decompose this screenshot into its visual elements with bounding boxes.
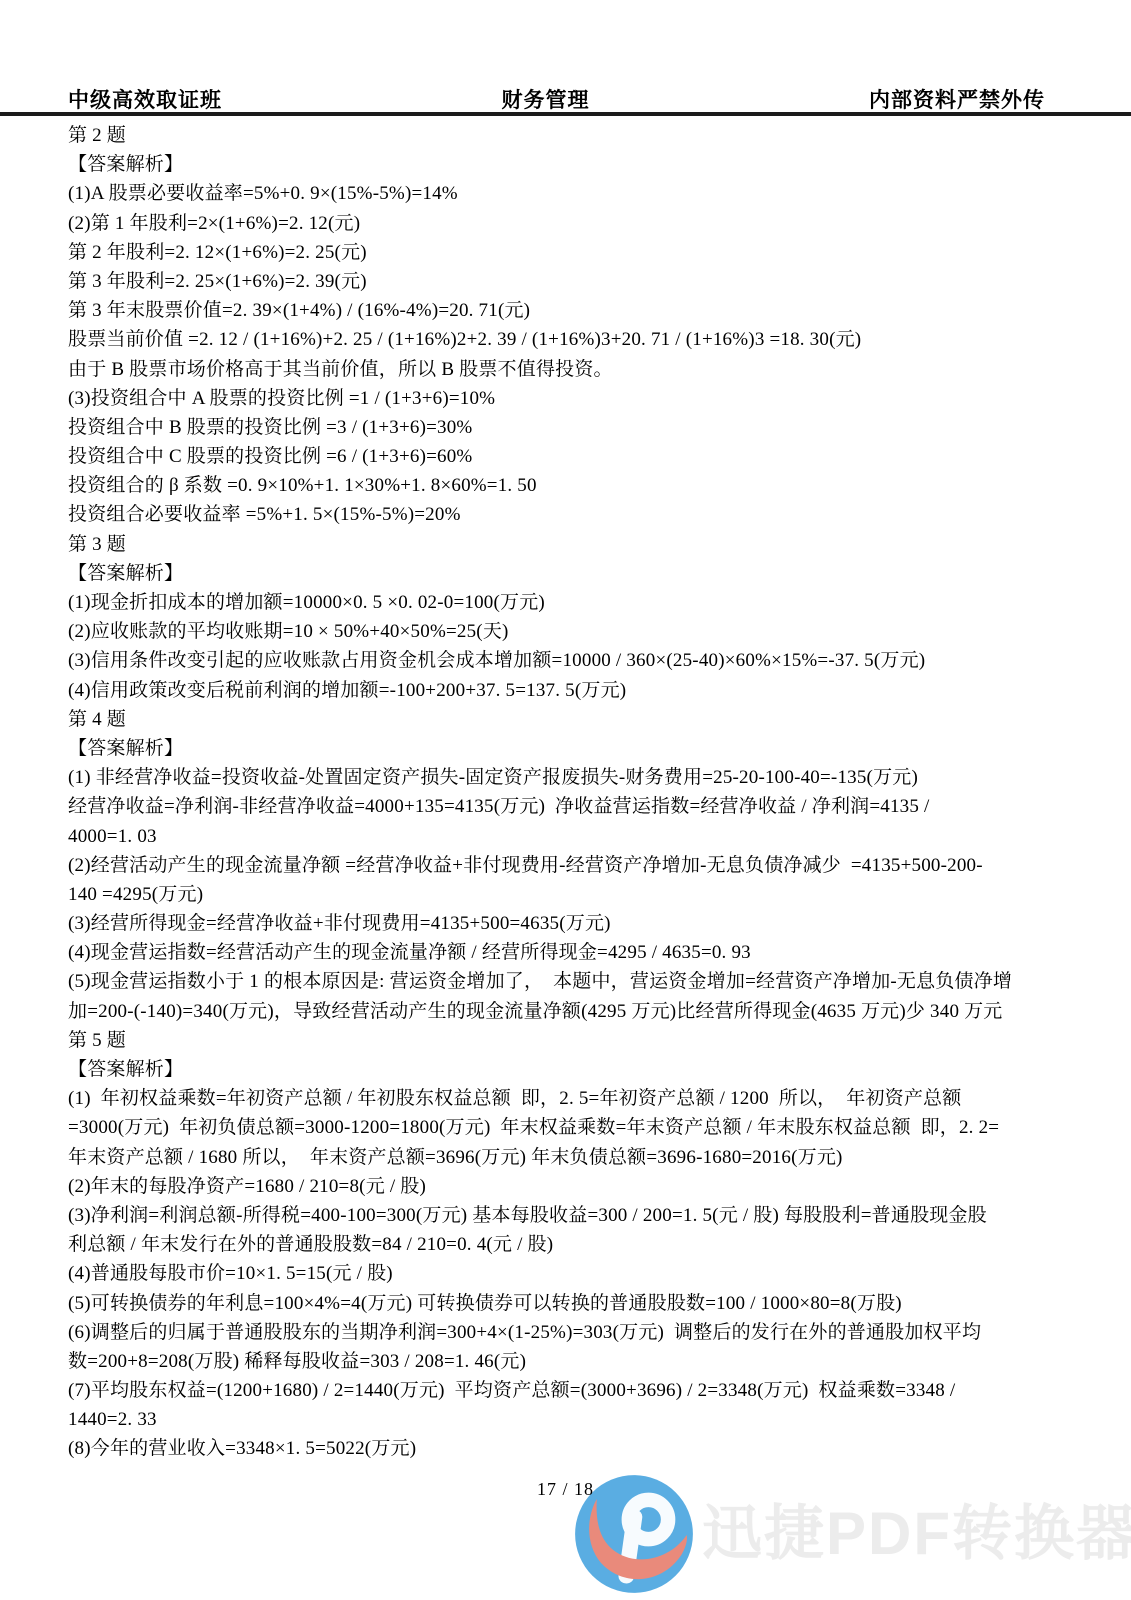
body-line: 投资组合中 C 股票的投资比例 =6 / (1+3+6)=60%: [68, 442, 1078, 471]
body-line: (1)现金折扣成本的增加额=10000×0. 5 ×0. 02-0=100(万元…: [68, 588, 1078, 617]
body-line: (6)调整后的归属于普通股股东的当期净利润=300+4×(1-25%)=303(…: [68, 1318, 1078, 1347]
body-line: 第 2 题: [68, 121, 1078, 150]
body-line: 由于 B 股票市场价格高于其当前价值，所以 B 股票不值得投资。: [68, 355, 1078, 384]
body-line: 加=200-(-140)=340(万元)，导致经营活动产生的现金流量净额(429…: [68, 997, 1078, 1026]
body-line: (7)平均股东权益=(1200+1680) / 2=1440(万元) 平均资产总…: [68, 1376, 1078, 1405]
header-confidential-notice: 内部资料严禁外传: [869, 84, 1045, 114]
document-body: 第 2 题【答案解析】(1)A 股票必要收益率=5%+0. 9×(15%-5%)…: [68, 121, 1078, 1464]
body-line: 140 =4295(万元): [68, 880, 1078, 909]
body-line: 经营净收益=净利润-非经营净收益=4000+135=4135(万元) 净收益营运…: [68, 792, 1078, 821]
body-line: (4)普通股每股市价=10×1. 5=15(元 / 股): [68, 1259, 1078, 1288]
body-line: (1) 年初权益乘数=年初资产总额 / 年初股东权益总额 即，2. 5=年初资产…: [68, 1084, 1078, 1113]
body-line: (5)可转换债券的年利息=100×4%=4(万元) 可转换债券可以转换的普通股股…: [68, 1289, 1078, 1318]
body-line: 【答案解析】: [68, 734, 1078, 763]
body-line: (2)年末的每股净资产=1680 / 210=8(元 / 股): [68, 1172, 1078, 1201]
body-line: 第 4 题: [68, 705, 1078, 734]
body-line: (2)应收账款的平均收账期=10 × 50%+40×50%=25(天): [68, 617, 1078, 646]
document-page: 中级高效取证班 财务管理 内部资料严禁外传 第 2 题【答案解析】(1)A 股票…: [0, 0, 1131, 1600]
body-line: 第 2 年股利=2. 12×(1+6%)=2. 25(元): [68, 238, 1078, 267]
body-line: 第 3 年股利=2. 25×(1+6%)=2. 39(元): [68, 267, 1078, 296]
body-line: 股票当前价值 =2. 12 / (1+16%)+2. 25 / (1+16%)2…: [68, 325, 1078, 354]
body-line: (8)今年的营业收入=3348×1. 5=5022(万元): [68, 1434, 1078, 1463]
body-line: (3)经营所得现金=经营净收益+非付现费用=4135+500=4635(万元): [68, 909, 1078, 938]
body-line: 投资组合中 B 股票的投资比例 =3 / (1+3+6)=30%: [68, 413, 1078, 442]
body-line: 第 3 年末股票价值=2. 39×(1+4%) / (16%-4%)=20. 7…: [68, 296, 1078, 325]
header-course-name: 中级高效取证班: [68, 84, 222, 114]
body-line: 【答案解析】: [68, 559, 1078, 588]
body-line: 第 3 题: [68, 530, 1078, 559]
body-line: (2)第 1 年股利=2×(1+6%)=2. 12(元): [68, 209, 1078, 238]
body-line: (1)A 股票必要收益率=5%+0. 9×(15%-5%)=14%: [68, 179, 1078, 208]
header-subject-name: 财务管理: [502, 84, 590, 114]
body-line: (2)经营活动产生的现金流量净额 =经营净收益+非付现费用-经营资产净增加-无息…: [68, 851, 1078, 880]
body-line: 1440=2. 33: [68, 1405, 1078, 1434]
body-line: (4)现金营运指数=经营活动产生的现金流量净额 / 经营所得现金=4295 / …: [68, 938, 1078, 967]
body-line: 年末资产总额 / 1680 所以， 年末资产总额=3696(万元) 年末负债总额…: [68, 1143, 1078, 1172]
body-line: 【答案解析】: [68, 150, 1078, 179]
body-line: 投资组合的 β 系数 =0. 9×10%+1. 1×30%+1. 8×60%=1…: [68, 471, 1078, 500]
body-line: (3)信用条件改变引起的应收账款占用资金机会成本增加额=10000 / 360×…: [68, 646, 1078, 675]
body-line: 第 5 题: [68, 1026, 1078, 1055]
body-line: 投资组合必要收益率 =5%+1. 5×(15%-5%)=20%: [68, 500, 1078, 529]
body-line: (1) 非经营净收益=投资收益-处置固定资产损失-固定资产报废损失-财务费用=2…: [68, 763, 1078, 792]
body-line: (5)现金营运指数小于 1 的根本原因是: 营运资金增加了， 本题中，营运资金增…: [68, 967, 1078, 996]
header-divider-rule: [0, 112, 1131, 116]
body-line: 【答案解析】: [68, 1055, 1078, 1084]
body-line: (3)投资组合中 A 股票的投资比例 =1 / (1+3+6)=10%: [68, 384, 1078, 413]
body-line: (4)信用政策改变后税前利润的增加额=-100+200+37. 5=137. 5…: [68, 676, 1078, 705]
body-line: =3000(万元) 年初负债总额=3000-1200=1800(万元) 年末权益…: [68, 1113, 1078, 1142]
body-line: 利总额 / 年末发行在外的普通股股数=84 / 210=0. 4(元 / 股): [68, 1230, 1078, 1259]
page-header: 中级高效取证班 财务管理 内部资料严禁外传: [68, 84, 1045, 114]
body-line: (3)净利润=利润总额-所得税=400-100=300(万元) 基本每股收益=3…: [68, 1201, 1078, 1230]
body-line: 数=200+8=208(万股) 稀释每股收益=303 / 208=1. 46(元…: [68, 1347, 1078, 1376]
body-line: 4000=1. 03: [68, 822, 1078, 851]
page-number: 17 / 18: [0, 1479, 1131, 1500]
